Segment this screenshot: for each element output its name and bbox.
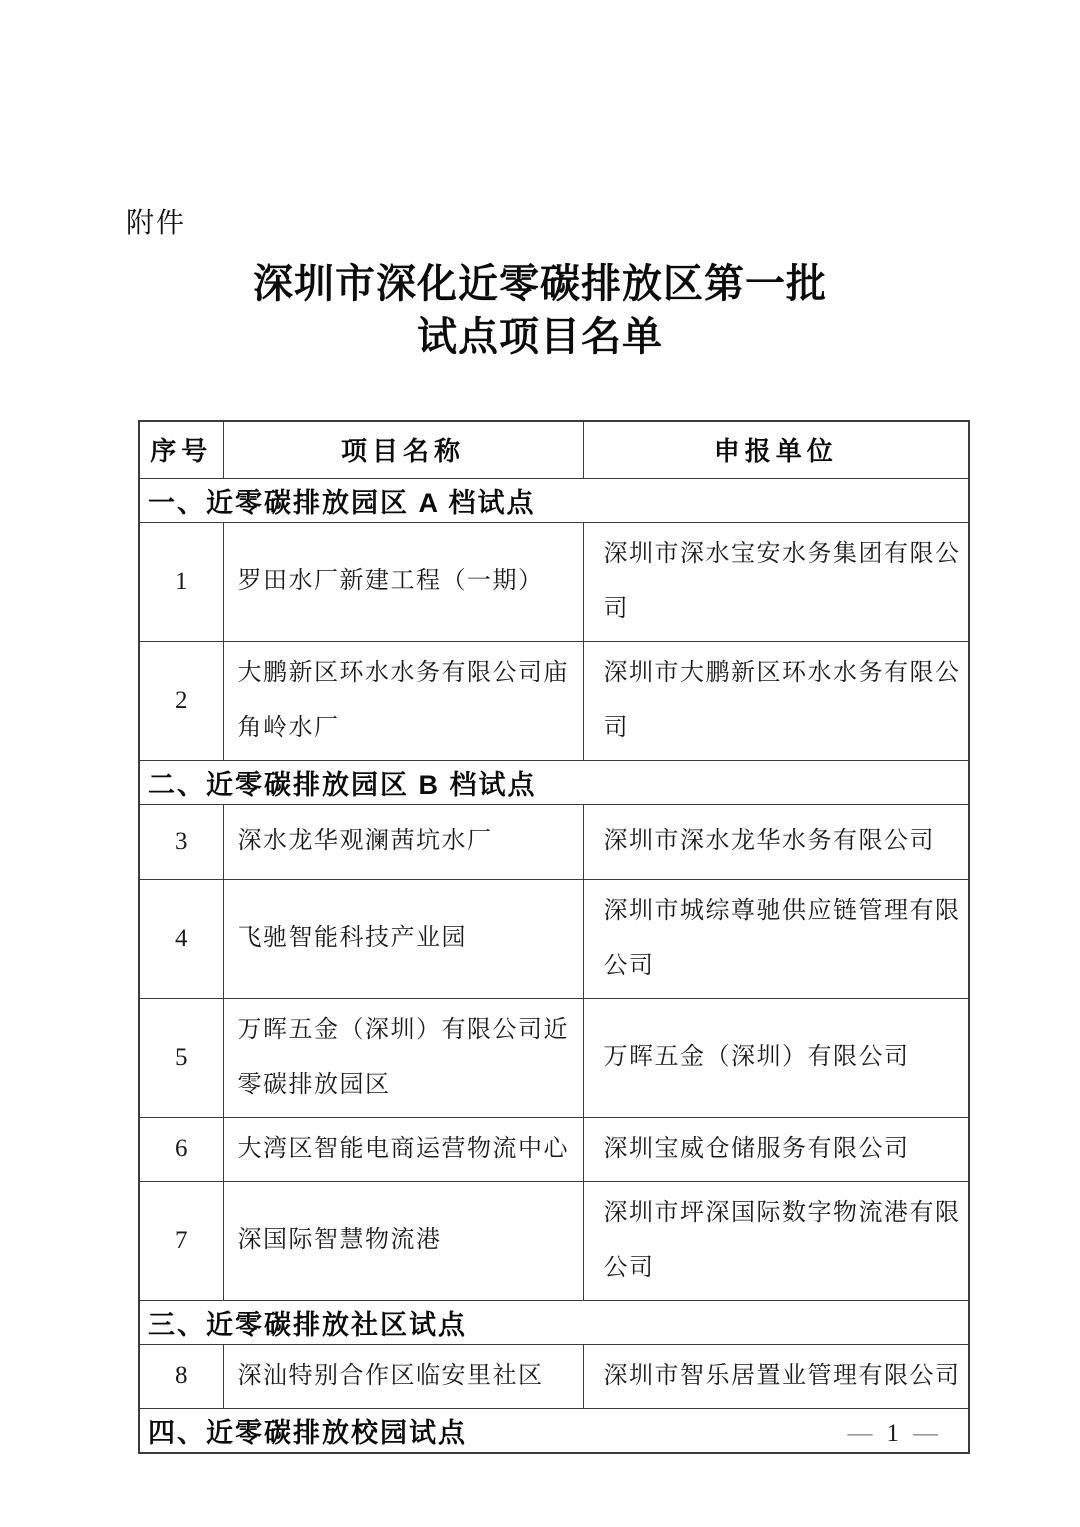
applicant-cell: 深圳市深水宝安水务集团有限公司 — [583, 522, 969, 641]
attachment-label: 附件 — [126, 201, 186, 241]
row-number-cell: 3 — [139, 804, 223, 879]
applicant-cell: 深圳市坪深国际数字物流港有限公司 — [583, 1181, 969, 1300]
document-title: 深圳市深化近零碳排放区第一批 试点项目名单 — [0, 257, 1080, 363]
section-row-park-a: 一、近零碳排放园区 A 档试点 — [139, 478, 969, 522]
table-row: 8 深汕特别合作区临安里社区 深圳市智乐居置业管理有限公司 — [139, 1344, 969, 1408]
document-page: 附件 深圳市深化近零碳排放区第一批 试点项目名单 序号 项目名称 申报单位 一、… — [0, 0, 1080, 1527]
document-title-line1: 深圳市深化近零碳排放区第一批 — [0, 257, 1080, 310]
applicant-cell: 万晖五金（深圳）有限公司 — [583, 998, 969, 1117]
row-number-cell: 1 — [139, 522, 223, 641]
project-name-cell: 大湾区智能电商运营物流中心 — [223, 1117, 583, 1181]
project-name-cell: 深水龙华观澜茜坑水厂 — [223, 804, 583, 879]
table-row: 6 大湾区智能电商运营物流中心 深圳宝威仓储服务有限公司 — [139, 1117, 969, 1181]
row-number-cell: 7 — [139, 1181, 223, 1300]
applicant-cell: 深圳市城综尊驰供应链管理有限公司 — [583, 879, 969, 998]
footer-right-dash: — — [913, 1420, 938, 1447]
table-row: 5 万晖五金（深圳）有限公司近零碳排放园区 万晖五金（深圳）有限公司 — [139, 998, 969, 1117]
table-header-row: 序号 项目名称 申报单位 — [139, 421, 969, 478]
row-number-cell: 8 — [139, 1344, 223, 1408]
section-row-park-b: 二、近零碳排放园区 B 档试点 — [139, 760, 969, 804]
project-name-cell: 深汕特别合作区临安里社区 — [223, 1344, 583, 1408]
applicant-cell: 深圳市智乐居置业管理有限公司 — [583, 1344, 969, 1408]
project-name-cell: 深国际智慧物流港 — [223, 1181, 583, 1300]
section-title: 一、近零碳排放园区 A 档试点 — [139, 478, 969, 522]
section-title: 三、近零碳排放社区试点 — [139, 1300, 969, 1344]
applicant-cell: 深圳市大鹏新区环水水务有限公司 — [583, 641, 969, 760]
table-row: 4 飞驰智能科技产业园 深圳市城综尊驰供应链管理有限公司 — [139, 879, 969, 998]
header-cell-applicant: 申报单位 — [583, 421, 969, 478]
header-cell-no: 序号 — [139, 421, 223, 478]
project-name-cell: 飞驰智能科技产业园 — [223, 879, 583, 998]
page-number: 1 — [887, 1420, 900, 1447]
section-row-community: 三、近零碳排放社区试点 — [139, 1300, 969, 1344]
page-number-footer: —1— — [848, 1420, 939, 1448]
row-number-cell: 6 — [139, 1117, 223, 1181]
document-title-line2: 试点项目名单 — [0, 310, 1080, 363]
footer-left-dash: — — [848, 1420, 873, 1447]
applicant-cell: 深圳市深水龙华水务有限公司 — [583, 804, 969, 879]
table-row: 7 深国际智慧物流港 深圳市坪深国际数字物流港有限公司 — [139, 1181, 969, 1300]
projects-table: 序号 项目名称 申报单位 一、近零碳排放园区 A 档试点 1 罗田水厂新建工程（… — [138, 420, 970, 1454]
table-row: 3 深水龙华观澜茜坑水厂 深圳市深水龙华水务有限公司 — [139, 804, 969, 879]
project-name-cell: 罗田水厂新建工程（一期） — [223, 522, 583, 641]
header-cell-project: 项目名称 — [223, 421, 583, 478]
row-number-cell: 4 — [139, 879, 223, 998]
applicant-cell: 深圳宝威仓储服务有限公司 — [583, 1117, 969, 1181]
project-name-cell: 万晖五金（深圳）有限公司近零碳排放园区 — [223, 998, 583, 1117]
table-row: 2 大鹏新区环水水务有限公司庙角岭水厂 深圳市大鹏新区环水水务有限公司 — [139, 641, 969, 760]
section-title: 四、近零碳排放校园试点 — [139, 1408, 969, 1453]
section-row-campus: 四、近零碳排放校园试点 — [139, 1408, 969, 1453]
table-row: 1 罗田水厂新建工程（一期） 深圳市深水宝安水务集团有限公司 — [139, 522, 969, 641]
row-number-cell: 2 — [139, 641, 223, 760]
section-title: 二、近零碳排放园区 B 档试点 — [139, 760, 969, 804]
row-number-cell: 5 — [139, 998, 223, 1117]
project-name-cell: 大鹏新区环水水务有限公司庙角岭水厂 — [223, 641, 583, 760]
